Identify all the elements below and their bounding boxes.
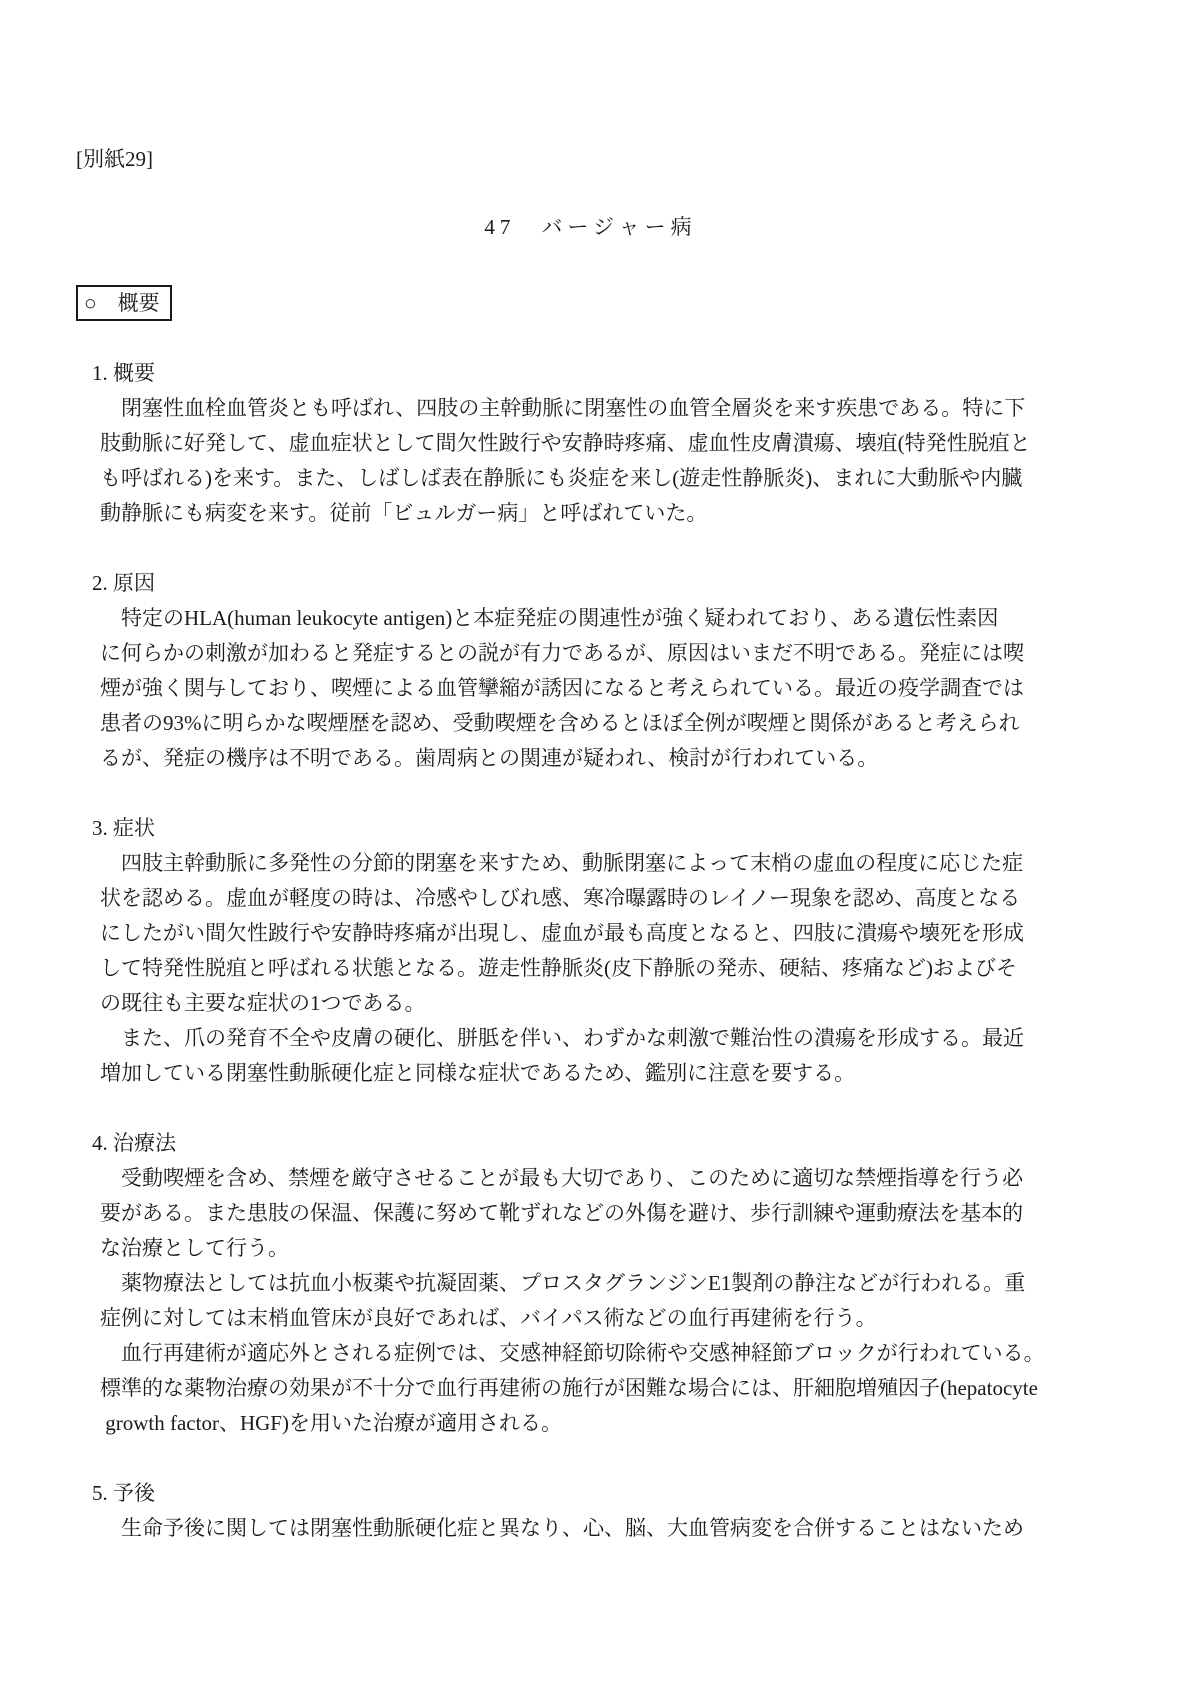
overview-box-row: ○ 概要 [76,285,1181,321]
text-line: 血行再建術が適応外とされる症例では、交感神経節切除術や交感神経節ブロックが行われ… [100,1336,1181,1371]
text-line: にしたがい間欠性跛行や安静時疼痛が出現し、虚血が最も高度となると、四肢に潰瘍や壊… [100,916,1181,951]
text-line: な治療として行う。 [100,1231,1181,1266]
section-2-genin: 2. 原因 特定のHLA(human leukocyte antigen)と本症… [0,566,1181,776]
text-line: 閉塞性血栓血管炎とも呼ばれ、四肢の主幹動脈に閉塞性の血管全層炎を来す疾患である。… [100,391,1181,426]
attachment-label: [別紙29] [76,0,1181,177]
text-line: 増加している閉塞性動脈硬化症と同様な症状であるため、鑑別に注意を要する。 [100,1056,1181,1091]
text-line: 標準的な薬物治療の効果が不十分で血行再建術の施行が困難な場合には、肝細胞増殖因子… [100,1371,1181,1406]
text-line: 薬物療法としては抗血小板薬や抗凝固薬、プロスタグランジンE1製剤の静注などが行わ… [100,1266,1181,1301]
section-heading: 4. 治療法 [92,1126,1181,1161]
section-3-shoujou: 3. 症状 四肢主幹動脈に多発性の分節的閉塞を来すため、動脈閉塞によって末梢の虚… [0,811,1181,1091]
text-line: 受動喫煙を含め、禁煙を厳守させることが最も大切であり、このために適切な禁煙指導を… [100,1161,1181,1196]
text-line: 四肢主幹動脈に多発性の分節的閉塞を来すため、動脈閉塞によって末梢の虚血の程度に応… [100,846,1181,881]
text-line: 肢動脈に好発して、虚血症状として間欠性跛行や安静時疼痛、虚血性皮膚潰瘍、壊疽(特… [100,426,1181,461]
section-heading: 1. 概要 [92,356,1181,391]
text-line: 要がある。また患肢の保温、保護に努めて靴ずれなどの外傷を避け、歩行訓練や運動療法… [100,1196,1181,1231]
text-line: 動静脈にも病変を来す。従前「ビュルガー病」と呼ばれていた。 [100,496,1181,531]
document-page: [別紙29] 47 バージャー病 ○ 概要 1. 概要 閉塞性血栓血管炎とも呼ば… [0,0,1181,1695]
page-title: 47 バージャー病 [0,210,1181,245]
text-line: も呼ばれる)を来す。また、しばしば表在静脈にも炎症を来し(遊走性静脈炎)、まれに… [100,461,1181,496]
text-line: 症例に対しては末梢血管床が良好であれば、バイパス術などの血行再建術を行う。 [100,1301,1181,1336]
text-line: 患者の93%に明らかな喫煙歴を認め、受動喫煙を含めるとほぼ全例が喫煙と関係がある… [100,706,1181,741]
text-line: 状を認める。虚血が軽度の時は、冷感やしびれ感、寒冷曝露時のレイノー現象を認め、高… [100,881,1181,916]
text-line: るが、発症の機序は不明である。歯周病との関連が疑われ、検討が行われている。 [100,741,1181,776]
section-heading: 3. 症状 [92,811,1181,846]
section-heading: 2. 原因 [92,566,1181,601]
text-line: また、爪の発育不全や皮膚の硬化、胼胝を伴い、わずかな刺激で難治性の潰瘍を形成する… [100,1021,1181,1056]
overview-heading-box: ○ 概要 [76,285,172,321]
text-line: 生命予後に関しては閉塞性動脈硬化症と異なり、心、脳、大血管病変を合併することはな… [100,1511,1181,1546]
text-line: の既往も主要な症状の1つである。 [100,986,1181,1021]
section-heading: 5. 予後 [92,1476,1181,1511]
section-4-chiryouhou: 4. 治療法 受動喫煙を含め、禁煙を厳守させることが最も大切であり、このために適… [0,1126,1181,1441]
section-5-yogo: 5. 予後 生命予後に関しては閉塞性動脈硬化症と異なり、心、脳、大血管病変を合併… [0,1476,1181,1546]
text-line: に何らかの刺激が加わると発症するとの説が有力であるが、原因はいまだ不明である。発… [100,636,1181,671]
text-line: して特発性脱疽と呼ばれる状態となる。遊走性静脈炎(皮下静脈の発赤、硬結、疼痛など… [100,951,1181,986]
section-1-gaiyou: 1. 概要 閉塞性血栓血管炎とも呼ばれ、四肢の主幹動脈に閉塞性の血管全層炎を来す… [0,356,1181,531]
text-line: 特定のHLA(human leukocyte antigen)と本症発症の関連性… [100,601,1181,636]
text-line: growth factor、HGF)を用いた治療が適用される。 [100,1406,1181,1441]
text-line: 煙が強く関与しており、喫煙による血管攣縮が誘因になると考えられている。最近の疫学… [100,671,1181,706]
